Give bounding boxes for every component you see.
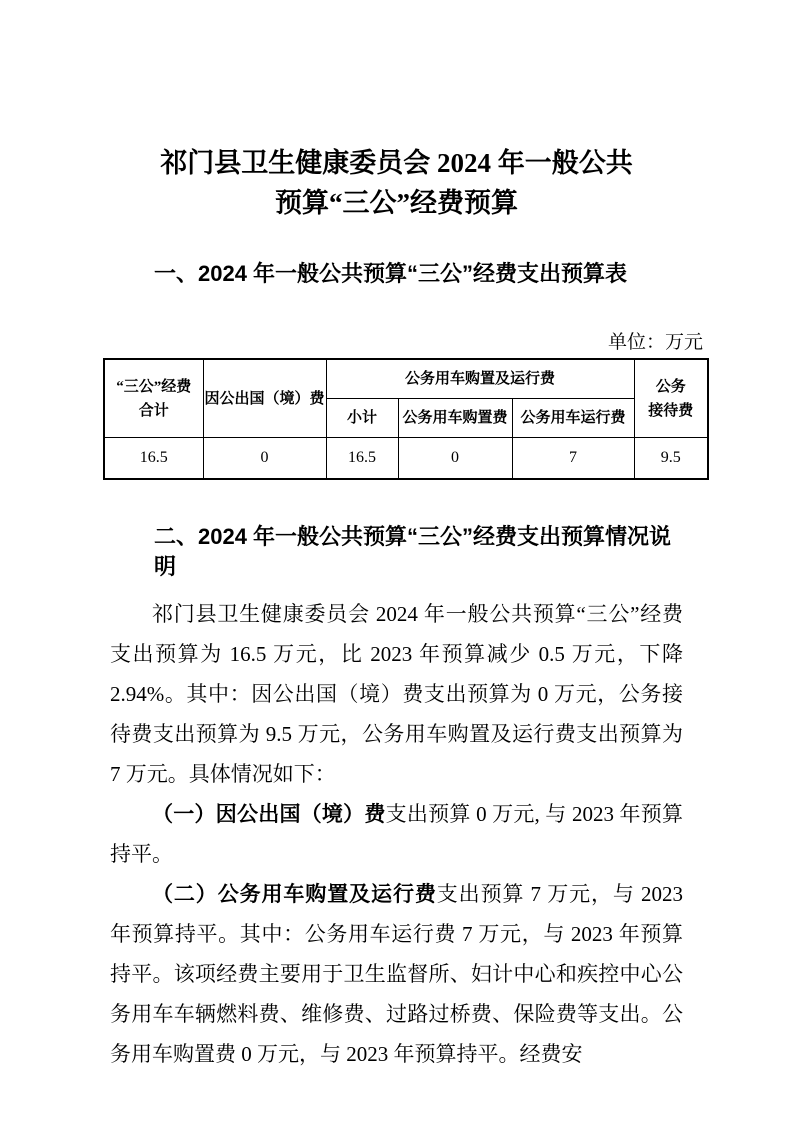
table-header-row-1: “三公”经费 合计 因公出国（境）费 公务用车购置及运行费 公务 接待费 <box>104 359 708 399</box>
paragraph-overview: 祁门县卫生健康委员会 2024 年一般公共预算“三公”经费支出预算为 16.5 … <box>110 594 683 794</box>
unit-label: 单位：万元 <box>103 331 707 355</box>
paragraph-overview-text: 祁门县卫生健康委员会 2024 年一般公共预算“三公”经费支出预算为 16.5 … <box>110 602 683 786</box>
col-header-vehicle-subtotal: 小计 <box>326 399 398 438</box>
value-reception-fee: 9.5 <box>634 438 708 480</box>
document-page: 祁门县卫生健康委员会 2024 年一般公共 预算“三公”经费预算 一、2024 … <box>0 0 793 1122</box>
value-vehicle-subtotal: 16.5 <box>326 438 398 480</box>
document-title-line1: 祁门县卫生健康委员会 2024 年一般公共 <box>110 143 683 183</box>
budget-table: “三公”经费 合计 因公出国（境）费 公务用车购置及运行费 公务 接待费 小计 … <box>103 358 709 480</box>
section2-heading: 二、2024 年一般公共预算“三公”经费支出预算情况说明 <box>110 522 683 582</box>
paragraph-vehicle-fee-text: 支出预算 7 万元，与 2023 年预算持平。其中：公务用车运行费 7 万元，与… <box>110 882 683 1066</box>
value-abroad-fee: 0 <box>203 438 326 480</box>
document-title: 祁门县卫生健康委员会 2024 年一般公共 预算“三公”经费预算 <box>110 143 683 223</box>
value-vehicle-purchase: 0 <box>398 438 512 480</box>
value-sangong-total: 16.5 <box>104 438 203 480</box>
col-header-abroad-fee: 因公出国（境）费 <box>203 359 326 438</box>
paragraph-abroad-fee-bold: （一）因公出国（境）费 <box>152 802 386 826</box>
section2-body: 祁门县卫生健康委员会 2024 年一般公共预算“三公”经费支出预算为 16.5 … <box>110 594 683 1074</box>
col-header-vehicle-group: 公务用车购置及运行费 <box>326 359 634 399</box>
paragraph-vehicle-fee: （二）公务用车购置及运行费支出预算 7 万元，与 2023 年预算持平。其中：公… <box>110 874 683 1074</box>
document-title-line2: 预算“三公”经费预算 <box>110 183 683 223</box>
value-vehicle-operation: 7 <box>512 438 634 480</box>
paragraph-vehicle-fee-bold: （二）公务用车购置及运行费 <box>152 882 437 906</box>
paragraph-abroad-fee: （一）因公出国（境）费支出预算 0 万元, 与 2023 年预算持平。 <box>110 794 683 874</box>
col-header-sangong-total: “三公”经费 合计 <box>104 359 203 438</box>
section1-heading: 一、2024 年一般公共预算“三公”经费支出预算表 <box>110 259 683 289</box>
col-header-vehicle-purchase: 公务用车购置费 <box>398 399 512 438</box>
budget-table-area: 单位：万元 “三公”经费 合计 因公出国（境）费 公务用车购置及运行费 公务 接… <box>103 331 707 480</box>
col-header-reception-fee: 公务 接待费 <box>634 359 708 438</box>
table-data-row: 16.5 0 16.5 0 7 9.5 <box>104 438 708 480</box>
col-header-vehicle-operation: 公务用车运行费 <box>512 399 634 438</box>
